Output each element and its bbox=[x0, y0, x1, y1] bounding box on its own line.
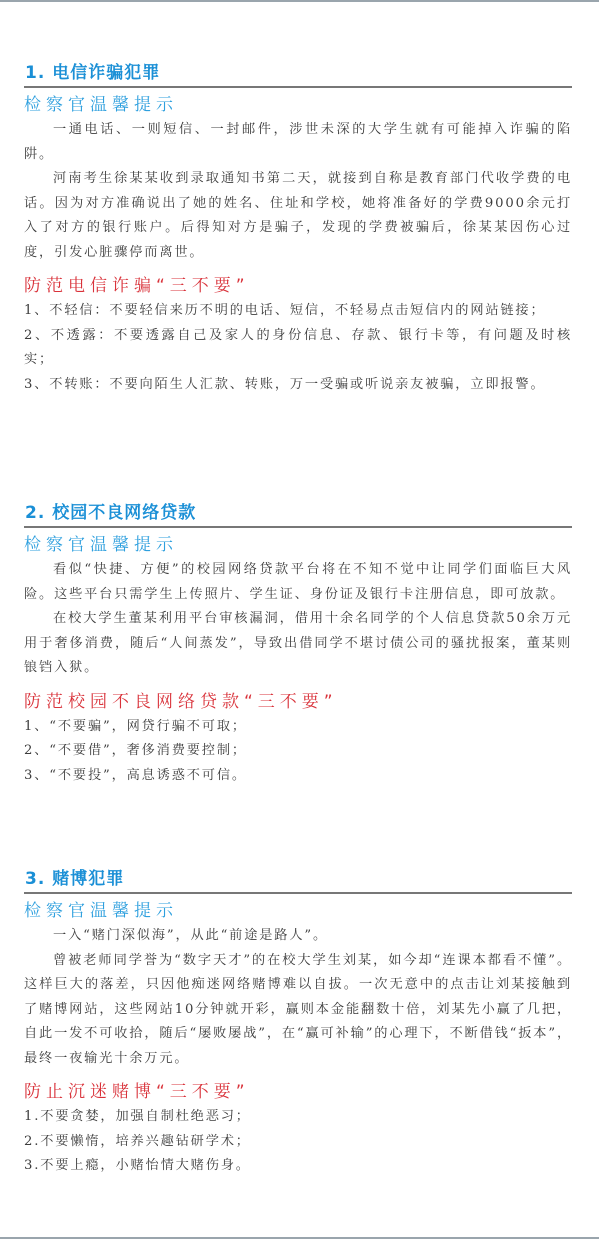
section-title: 3. 赌博犯罪 bbox=[24, 866, 572, 894]
page-border-top bbox=[0, 0, 599, 2]
section-telecom-fraud: 1. 电信诈骗犯罪 检察官温馨提示 一通电话、一则短信、一封邮件，涉世未深的大学… bbox=[24, 60, 572, 397]
section-title: 1. 电信诈骗犯罪 bbox=[24, 60, 572, 88]
rule-item: 1、不轻信：不要轻信来历不明的电话、短信，不轻易点击短信内的网站链接； bbox=[24, 299, 572, 324]
rules-heading: 防范校园不良网络贷款“三不要” bbox=[24, 689, 572, 715]
rules-heading: 防止沉迷赌博“三不要” bbox=[24, 1079, 572, 1105]
tips-heading: 检察官温馨提示 bbox=[24, 898, 572, 924]
section-campus-loans: 2. 校园不良网络贷款 检察官温馨提示 看似“快捷、方便”的校园网络贷款平台将在… bbox=[24, 500, 572, 788]
rule-item: 3.不要上瘾，小赌怡情大赌伤身。 bbox=[24, 1154, 572, 1179]
tips-heading: 检察官温馨提示 bbox=[24, 532, 572, 558]
rule-item: 3、不转账：不要向陌生人汇款、转账，万一受骗或听说亲友被骗，立即报警。 bbox=[24, 373, 572, 398]
rule-item: 2.不要懒惰，培养兴趣钻研学术； bbox=[24, 1130, 572, 1155]
rule-item: 2、不透露：不要透露自己及家人的身份信息、存款、银行卡等，有问题及时核实； bbox=[24, 324, 572, 373]
paragraph: 一入“赌门深似海”，从此“前途是路人”。 bbox=[24, 924, 572, 949]
section-gambling: 3. 赌博犯罪 检察官温馨提示 一入“赌门深似海”，从此“前途是路人”。 曾被老… bbox=[24, 866, 572, 1179]
rule-item: 1.不要贪婪，加强自制杜绝恶习； bbox=[24, 1105, 572, 1130]
section-title: 2. 校园不良网络贷款 bbox=[24, 500, 572, 528]
paragraph: 看似“快捷、方便”的校园网络贷款平台将在不知不觉中让同学们面临巨大风险。这些平台… bbox=[24, 558, 572, 607]
rule-item: 3、“不要投”，高息诱惑不可信。 bbox=[24, 764, 572, 789]
rules-heading: 防范电信诈骗“三不要” bbox=[24, 273, 572, 299]
paragraph: 在校大学生董某利用平台审核漏洞，借用十余名同学的个人信息贷款50余万元用于奢侈消… bbox=[24, 607, 572, 681]
tips-heading: 检察官温馨提示 bbox=[24, 92, 572, 118]
rule-item: 2、“不要借”，奢侈消费要控制； bbox=[24, 739, 572, 764]
paragraph: 一通电话、一则短信、一封邮件，涉世未深的大学生就有可能掉入诈骗的陷阱。 bbox=[24, 118, 572, 167]
paragraph: 曾被老师同学誉为“数字天才”的在校大学生刘某，如今却“连课本都看不懂”。这样巨大… bbox=[24, 949, 572, 1072]
rule-item: 1、“不要骗”，网贷行骗不可取； bbox=[24, 715, 572, 740]
paragraph: 河南考生徐某某收到录取通知书第二天，就接到自称是教育部门代收学费的电话。因为对方… bbox=[24, 167, 572, 265]
